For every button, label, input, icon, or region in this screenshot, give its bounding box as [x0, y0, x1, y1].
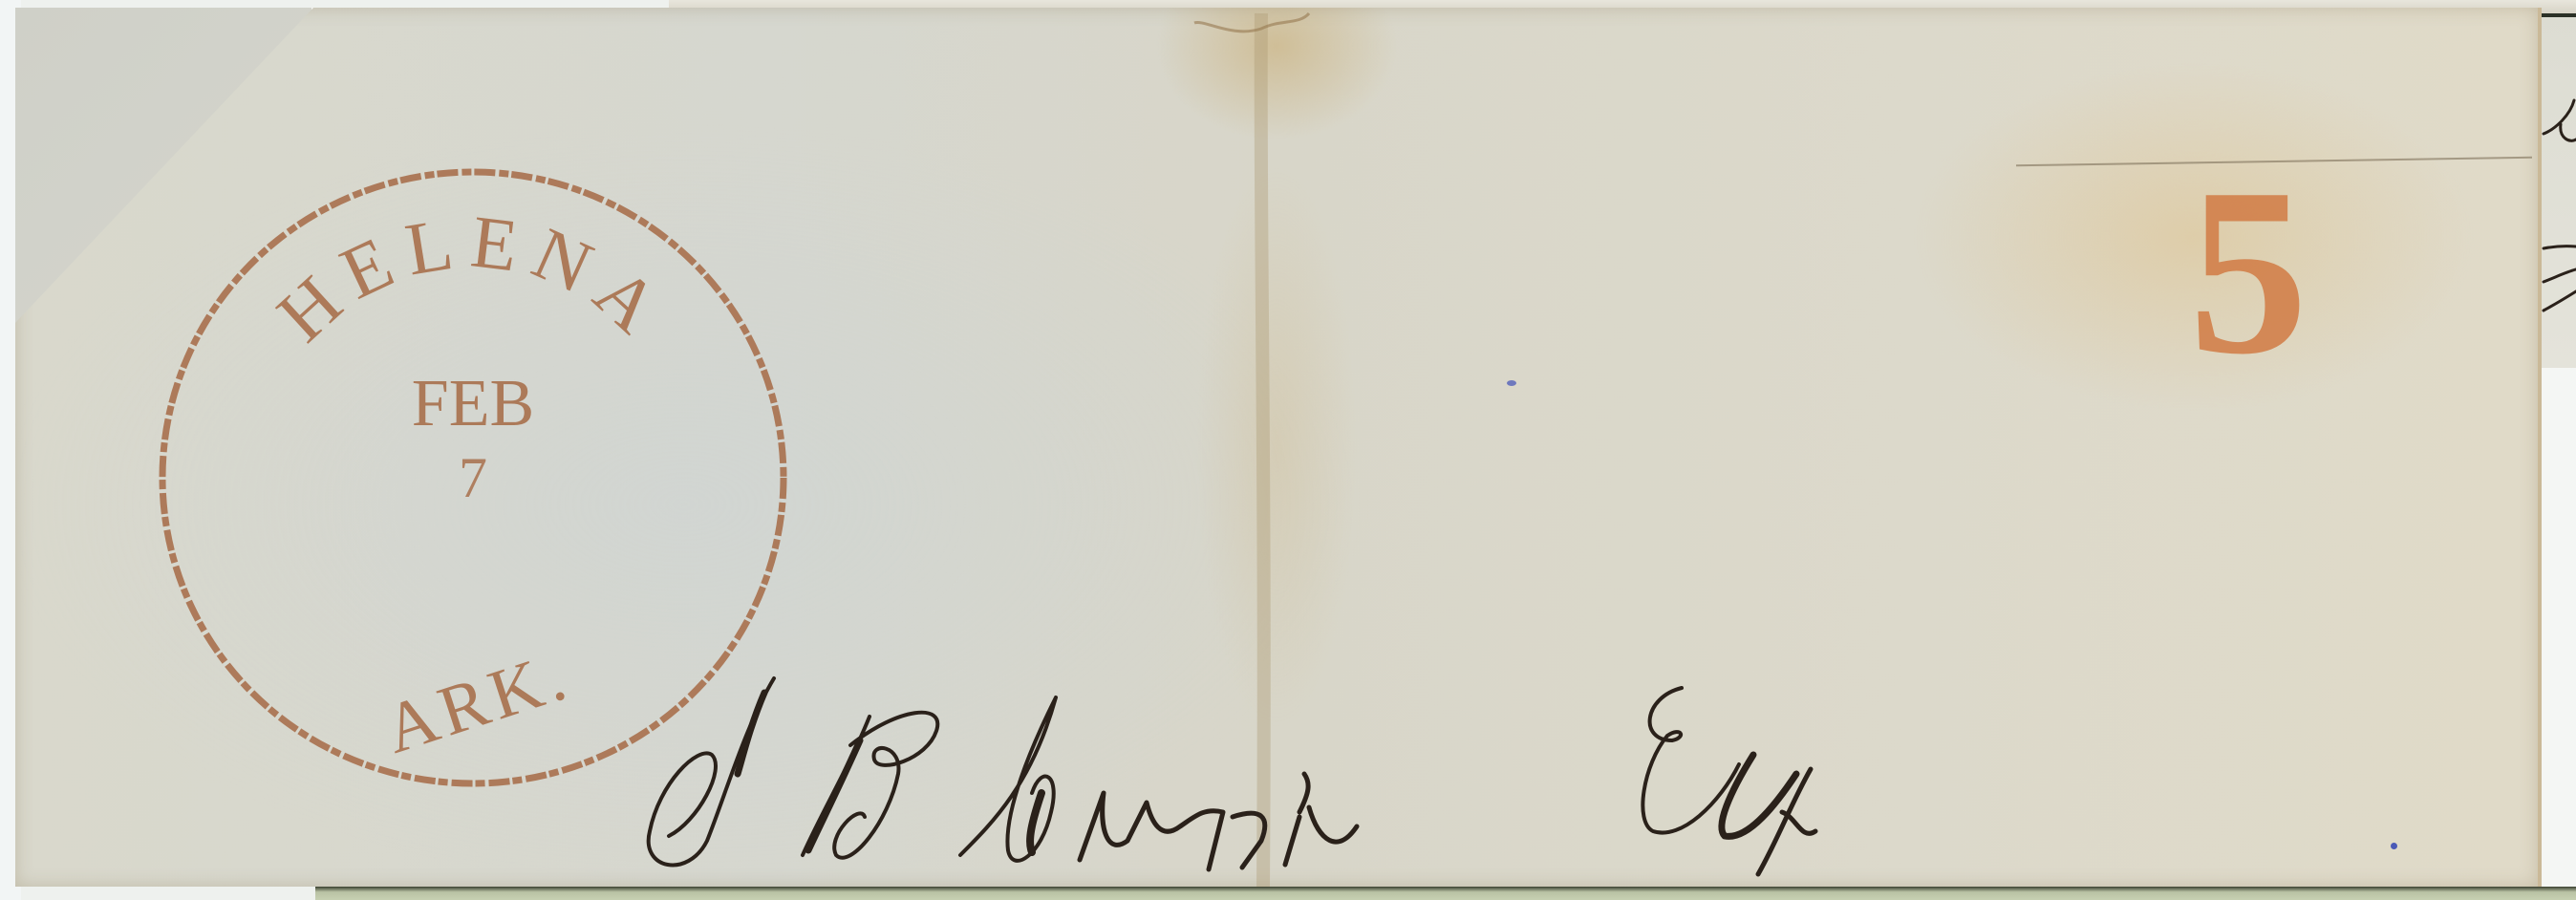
postmark-day: 7 [459, 446, 487, 509]
manuscript-address: J B Currie Esq [631, 650, 2255, 889]
backing-sheet-edge-bottom [315, 887, 2576, 900]
ink-speck [1507, 380, 1516, 386]
ink-speck [2391, 843, 2397, 849]
postmark-month: FEB [412, 367, 534, 440]
postmark-state: ARK. [376, 636, 580, 769]
svg-text:HELENA: HELENA [261, 199, 684, 356]
handwritten-address [631, 650, 2255, 889]
backing-sheet-handwriting [2542, 0, 2576, 344]
postmark-town: HELENA [261, 199, 684, 356]
rate-marking-5: 5 [2148, 143, 2349, 401]
